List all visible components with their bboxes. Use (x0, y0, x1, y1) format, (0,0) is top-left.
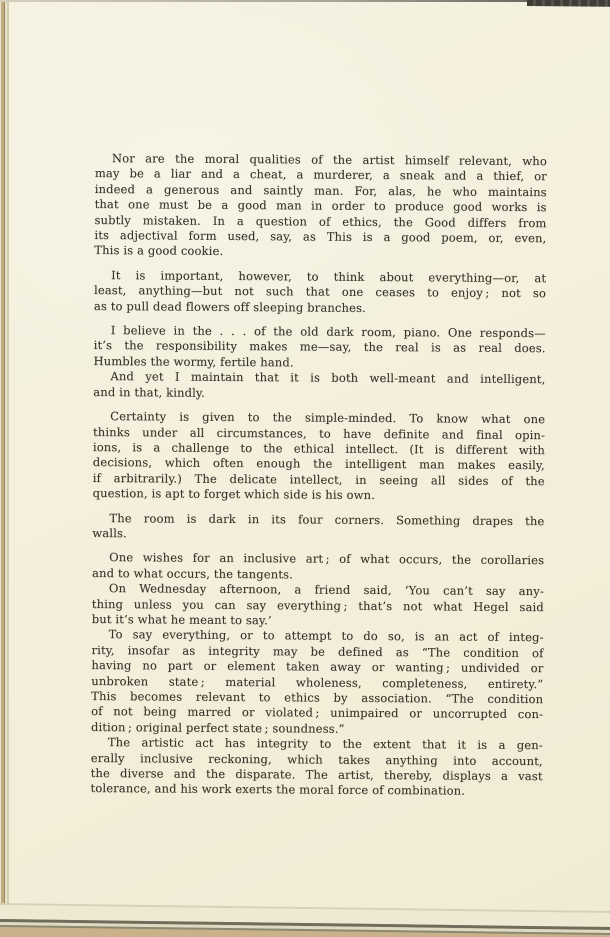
book-page-scan: Nor are the moral qualities of the artis… (0, 0, 610, 937)
paragraph: The artistic act has integrity to the ex… (90, 735, 542, 800)
top-page-edge (0, 0, 610, 2)
text-line: The room is dark in its four corners. So… (92, 511, 544, 530)
text-line: tolerance, and his work exerts the moral… (90, 781, 542, 800)
text-line: as to pull dead flowers off sleeping bra… (94, 299, 546, 318)
text-block: Nor are the moral qualities of the artis… (90, 151, 546, 800)
text-line: question, is apt to forget which side is… (93, 486, 545, 505)
paragraph: And yet I maintain that it is both well-… (93, 369, 545, 403)
paragraph: I believe in the . . . of the old dark r… (93, 323, 545, 372)
paragraph: It is important, however, to think about… (94, 268, 546, 317)
paragraph: One wishes for an inclusive art ; of wha… (92, 550, 544, 584)
text-line: and in that, kindly. (93, 385, 545, 404)
paragraph: Certainty is given to the simple-minded.… (93, 409, 546, 505)
left-page-edges (0, 0, 9, 922)
text-line: walls. (92, 526, 544, 545)
top-shadow-band (527, 0, 610, 7)
text-line: This is a good cookie. (94, 243, 546, 262)
paragraph: On Wednesday afternoon, a friend said, ‘… (92, 581, 544, 630)
paragraph: To say everything, or to attempt to do s… (91, 627, 544, 738)
paragraph: Nor are the moral qualities of the artis… (94, 151, 547, 262)
paragraph: The room is dark in its four corners. So… (92, 511, 544, 545)
